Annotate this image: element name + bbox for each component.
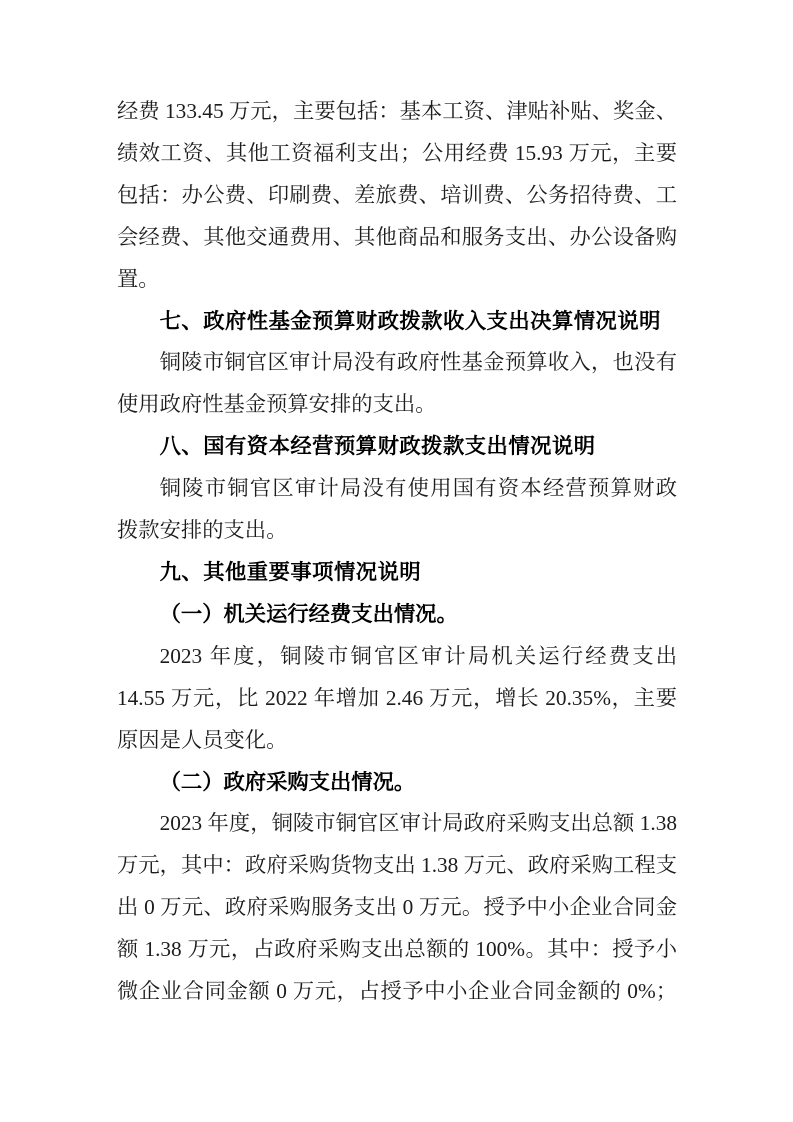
text-line: 包括：办公费、印刷费、差旅费、培训费、公务招待费、工	[117, 175, 677, 217]
text-line: 绩效工资、其他工资福利支出；公用经费 15.93 万元，主要	[117, 133, 677, 175]
text-line: 额 1.38 万元，占政府采购支出总额的 100%。其中：授予小	[117, 929, 677, 971]
paragraph-government-fund-budget: 铜陵市铜官区审计局没有政府性基金预算收入，也没有使用政府性基金预算安排的支出。	[117, 342, 677, 426]
text-line: 2023 年度，铜陵市铜官区审计局政府采购支出总额 1.38	[117, 803, 677, 845]
text-line: 置。	[117, 259, 677, 301]
subheading-9-2-government-procurement: （二）政府采购支出情况。	[117, 762, 677, 804]
paragraph-personnel-public-funds: 经费 133.45 万元，主要包括：基本工资、津贴补贴、奖金、绩效工资、其他工资…	[117, 91, 677, 301]
text-line: 微企业合同金额 0 万元，占授予中小企业合同金额的 0%；	[117, 971, 677, 1013]
text-line: 经费 133.45 万元，主要包括：基本工资、津贴补贴、奖金、	[117, 91, 677, 133]
text-line: 2023 年度，铜陵市铜官区审计局机关运行经费支出	[117, 636, 677, 678]
heading-section-9-other-important-matters: 九、其他重要事项情况说明	[117, 552, 677, 594]
paragraph-government-procurement: 2023 年度，铜陵市铜官区审计局政府采购支出总额 1.38万元，其中：政府采购…	[117, 803, 677, 1013]
document-page: 经费 133.45 万元，主要包括：基本工资、津贴补贴、奖金、绩效工资、其他工资…	[0, 0, 793, 1122]
text-line: 万元，其中：政府采购货物支出 1.38 万元、政府采购工程支	[117, 845, 677, 887]
text-line: 会经费、其他交通费用、其他商品和服务支出、办公设备购	[117, 217, 677, 259]
text-line: 使用政府性基金预算安排的支出。	[117, 384, 677, 426]
heading-section-7-government-fund-budget: 七、政府性基金预算财政拨款收入支出决算情况说明	[117, 301, 677, 343]
text-line: 拨款安排的支出。	[117, 510, 677, 552]
text-line: 14.55 万元，比 2022 年增加 2.46 万元，增长 20.35%，主要	[117, 678, 677, 720]
text-line: 铜陵市铜官区审计局没有使用国有资本经营预算财政	[117, 468, 677, 510]
text-line: 铜陵市铜官区审计局没有政府性基金预算收入，也没有	[117, 342, 677, 384]
heading-section-8-state-capital-budget: 八、国有资本经营预算财政拨款支出情况说明	[117, 426, 677, 468]
text-line: 原因是人员变化。	[117, 720, 677, 762]
paragraph-state-capital-budget: 铜陵市铜官区审计局没有使用国有资本经营预算财政拨款安排的支出。	[117, 468, 677, 552]
subheading-9-1-agency-operating-expense: （一）机关运行经费支出情况。	[117, 594, 677, 636]
paragraph-agency-operating-expense: 2023 年度，铜陵市铜官区审计局机关运行经费支出14.55 万元，比 2022…	[117, 636, 677, 762]
text-line: 出 0 万元、政府采购服务支出 0 万元。授予中小企业合同金	[117, 887, 677, 929]
